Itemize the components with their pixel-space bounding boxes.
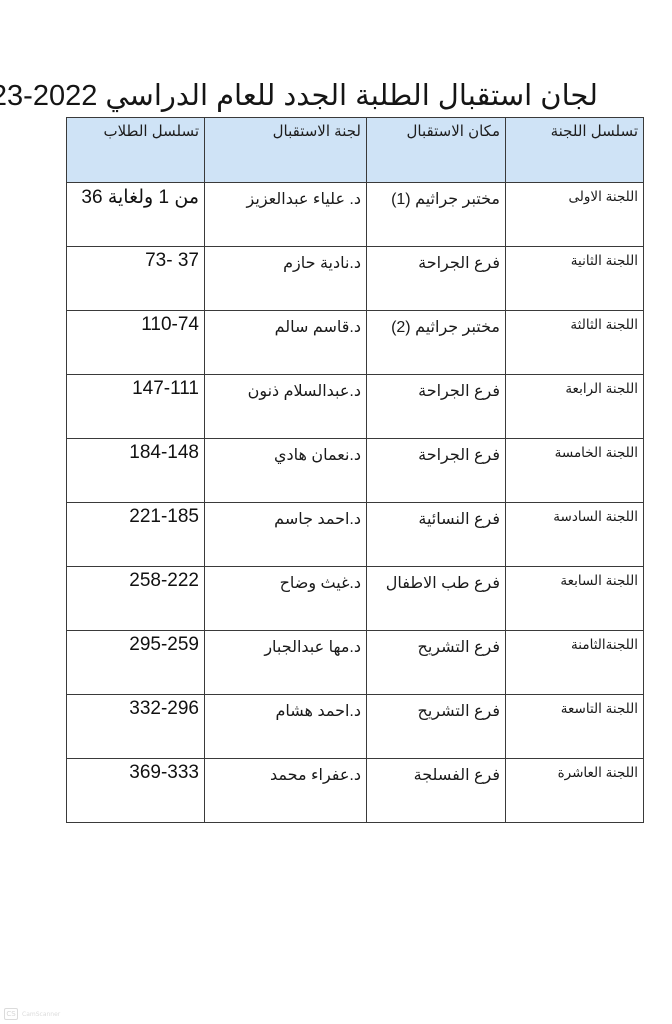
table-header-row: تسلسل اللجنة مكان الاستقبال لجنة الاستقب… [67,118,644,183]
cell-member: د.نعمان هادي [205,439,367,503]
cell-range: من 1 ولغاية 36 [67,183,205,247]
cell-committee: اللجنة الثالثة [506,311,644,375]
header-range: تسلسل الطلاب [67,118,205,183]
document-title: لجان استقبال الطلبة الجدد للعام الدراسي … [70,78,598,114]
cell-range: 147-111 [67,375,205,439]
cell-place: فرع التشريح [367,631,506,695]
header-committee: تسلسل اللجنة [506,118,644,183]
cell-place: فرع الجراحة [367,375,506,439]
cell-place: فرع طب الاطفال [367,567,506,631]
header-place: مكان الاستقبال [367,118,506,183]
table-row: اللجنةالثامنة فرع التشريح د.مها عبدالجبا… [67,631,644,695]
cell-member: د.عبدالسلام ذنون [205,375,367,439]
table-row: اللجنة التاسعة فرع التشريح د.احمد هشام 3… [67,695,644,759]
cell-member: د.نادية حازم [205,247,367,311]
cell-range: 258-222 [67,567,205,631]
table-row: اللجنة العاشرة فرع الفسلجة د.عفراء محمد … [67,759,644,823]
table-row: اللجنة السادسة فرع النسائية د.احمد جاسم … [67,503,644,567]
cell-committee: اللجنة الرابعة [506,375,644,439]
cell-range: 369-333 [67,759,205,823]
cell-member: د.قاسم سالم [205,311,367,375]
table-row: اللجنة الاولى مختبر جراثيم (1) د. علياء … [67,183,644,247]
cell-range: 184-148 [67,439,205,503]
header-member: لجنة الاستقبال [205,118,367,183]
cell-place: فرع التشريح [367,695,506,759]
cell-place: فرع الجراحة [367,247,506,311]
cell-member: د.غيث وضاح [205,567,367,631]
cell-place: مختبر جراثيم (1) [367,183,506,247]
cell-place: مختبر جراثيم (2) [367,311,506,375]
cell-committee: اللجنة التاسعة [506,695,644,759]
cell-range: 295-259 [67,631,205,695]
table-row: اللجنة الثالثة مختبر جراثيم (2) د.قاسم س… [67,311,644,375]
cell-range: 110-74 [67,311,205,375]
cell-committee: اللجنةالثامنة [506,631,644,695]
committees-table: تسلسل اللجنة مكان الاستقبال لجنة الاستقب… [66,117,644,823]
cell-committee: اللجنة الخامسة [506,439,644,503]
cell-member: د.احمد هشام [205,695,367,759]
cell-committee: اللجنة السابعة [506,567,644,631]
document-page: لجان استقبال الطلبة الجدد للعام الدراسي … [0,0,672,1024]
table-row: اللجنة الخامسة فرع الجراحة د.نعمان هادي … [67,439,644,503]
cell-member: د.احمد جاسم [205,503,367,567]
cell-range: 221-185 [67,503,205,567]
cell-range: 332-296 [67,695,205,759]
watermark-text: CamScanner [22,1011,60,1018]
scanner-watermark: CS CamScanner [4,1008,60,1020]
cell-member: د.مها عبدالجبار [205,631,367,695]
cell-committee: اللجنة السادسة [506,503,644,567]
cell-place: فرع الفسلجة [367,759,506,823]
cell-place: فرع الجراحة [367,439,506,503]
table-row: اللجنة الرابعة فرع الجراحة د.عبدالسلام ذ… [67,375,644,439]
cell-committee: اللجنة الثانية [506,247,644,311]
cell-committee: اللجنة العاشرة [506,759,644,823]
cell-place: فرع النسائية [367,503,506,567]
table-row: اللجنة الثانية فرع الجراحة د.نادية حازم … [67,247,644,311]
table-row: اللجنة السابعة فرع طب الاطفال د.غيث وضاح… [67,567,644,631]
camscanner-logo-icon: CS [4,1008,18,1020]
cell-member: د.عفراء محمد [205,759,367,823]
cell-member: د. علياء عبدالعزيز [205,183,367,247]
cell-range: 37 -73 [67,247,205,311]
cell-committee: اللجنة الاولى [506,183,644,247]
